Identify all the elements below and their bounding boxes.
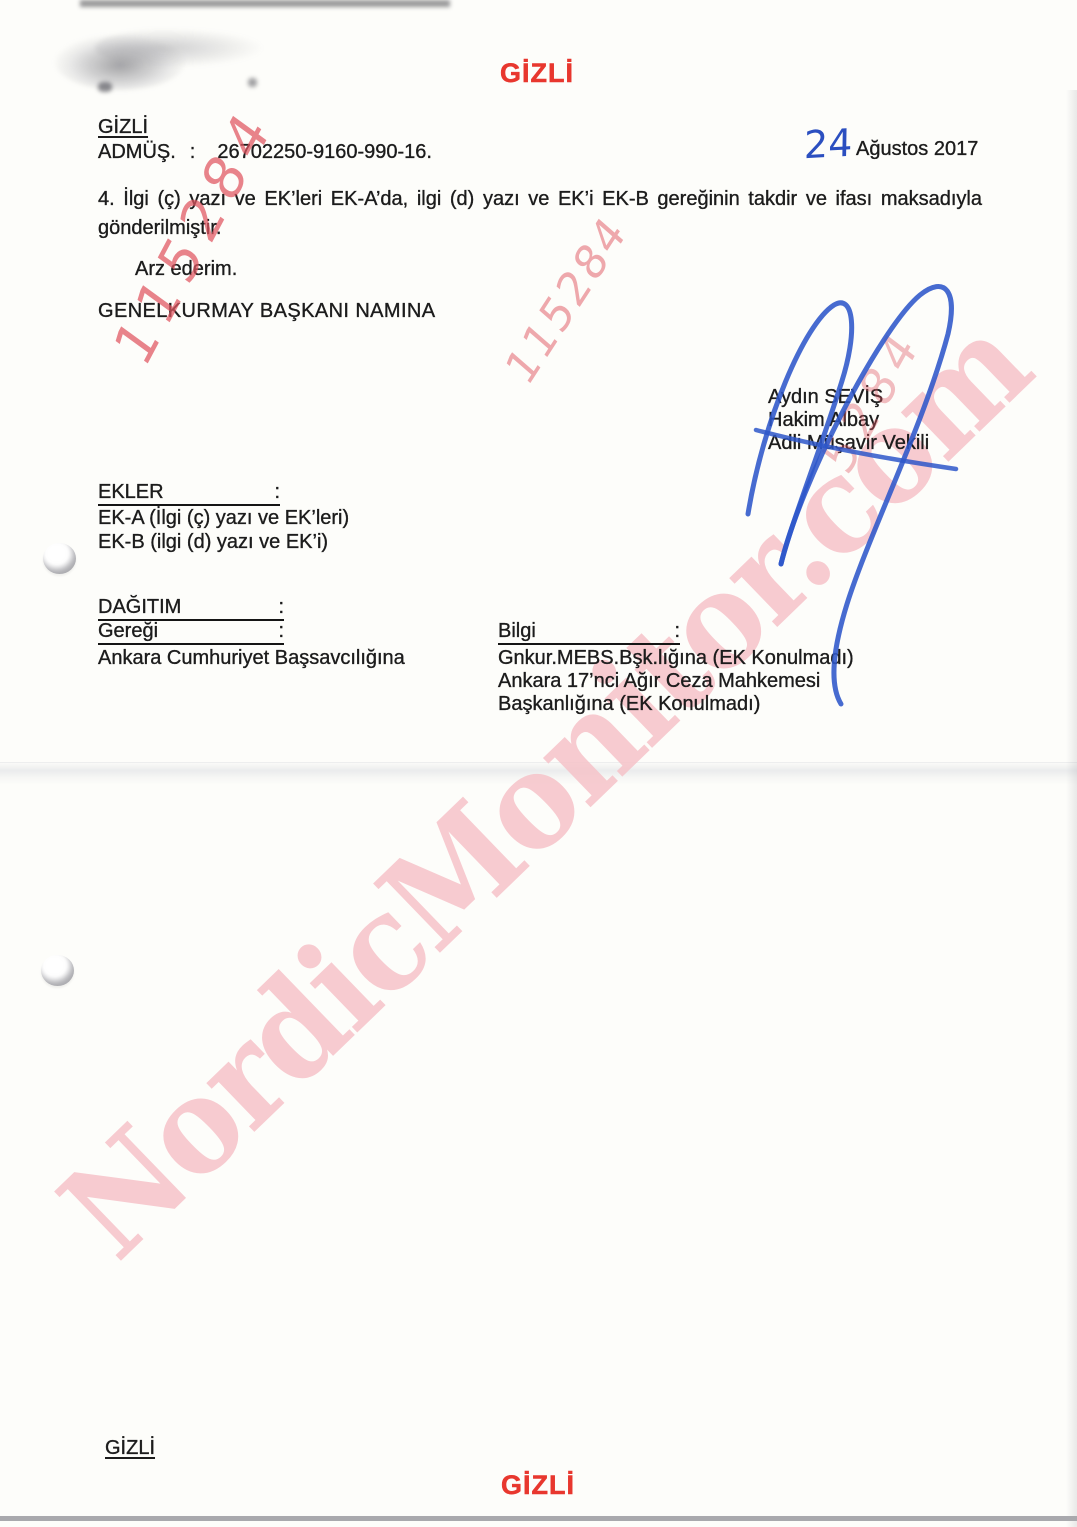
distribution-header-label: DAĞITIM bbox=[98, 596, 181, 619]
date-text: Ağustos 2017 bbox=[856, 137, 978, 161]
classification-top: GİZLİ bbox=[500, 58, 574, 89]
distribution-action-colon: : bbox=[278, 620, 284, 643]
page-edge-shading bbox=[1066, 90, 1077, 1527]
hole-punch-top bbox=[43, 543, 76, 574]
distribution-info-label: Bilgi bbox=[498, 620, 536, 643]
date-day-handwritten: 24 bbox=[804, 121, 853, 168]
classification-bottom-left: GİZLİ bbox=[105, 1436, 155, 1460]
fold-crease bbox=[0, 762, 1077, 785]
scan-artifact-smudge bbox=[248, 78, 257, 87]
distribution-info-line: Başkanlığına (EK Konulmadı) bbox=[498, 692, 760, 716]
scan-artifact-smudge bbox=[95, 28, 265, 68]
signature-scribble bbox=[728, 272, 978, 732]
hole-punch-bottom bbox=[41, 955, 74, 986]
distribution-header-colon: : bbox=[278, 596, 284, 619]
scan-artifact-smudge bbox=[98, 82, 112, 92]
scan-artifact-smudge bbox=[80, 0, 450, 7]
scan-bottom-edge bbox=[0, 1516, 1077, 1521]
distribution-info-header: Bilgi : bbox=[498, 620, 680, 645]
classification-bottom: GİZLİ bbox=[501, 1470, 575, 1501]
attachments-header-label: EKLER bbox=[98, 481, 164, 504]
reference-colon: : bbox=[190, 140, 196, 164]
attachments-header: EKLER : bbox=[98, 481, 280, 506]
distribution-header: DAĞITIM : bbox=[98, 596, 284, 621]
distribution-action-label: Gereği bbox=[98, 620, 158, 643]
distribution-info-colon: : bbox=[674, 620, 680, 643]
attachment-item: EK-A (İlgi (ç) yazı ve EK’leri) bbox=[98, 506, 349, 530]
classification-header-left: GİZLİ bbox=[98, 115, 148, 139]
distribution-action-header: Gereği : bbox=[98, 620, 284, 645]
attachment-item: EK-B (ilgi (d) yazı ve EK’i) bbox=[98, 530, 328, 554]
reference-label: ADMÜŞ. bbox=[98, 140, 176, 164]
attachments-header-colon: : bbox=[274, 481, 280, 504]
scanned-document-page: { "page": { "colon": ":", "classificatio… bbox=[0, 0, 1077, 1527]
distribution-action-item: Ankara Cumhuriyet Başsavcılığına bbox=[98, 646, 405, 670]
